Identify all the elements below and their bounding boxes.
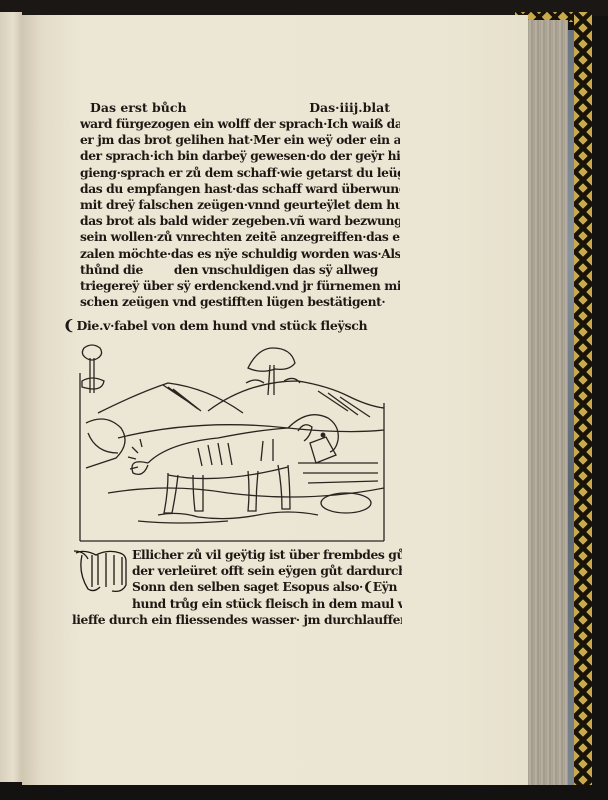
text-line: mit dreÿ falschen zeügen·vnnd geurteÿlet… — [80, 197, 400, 213]
text-line: triegereÿ über sÿ erdenckend.vnd jr fürn… — [80, 278, 400, 294]
text-line: gieng·sprach er zů dem schaff·wie getars… — [80, 165, 400, 181]
fable-body: Ellicher zů vil geÿtig ist über frembdes… — [132, 547, 402, 628]
text-line: hund trůg ein stück fleisch in dem maul … — [132, 596, 402, 612]
pilcrow-icon: ❨ — [63, 318, 74, 334]
text-line: das brot als bald wider zegeben.vñ ward … — [80, 213, 400, 229]
text-line: zalen möchte·das es nÿe schuldig worden … — [80, 246, 400, 262]
previous-page-edge — [0, 12, 22, 782]
text-line: der verleüret offt sein eÿgen gůt dardur… — [132, 563, 402, 579]
text-line: Ellicher zů vil geÿtig ist über frembdes… — [132, 547, 402, 563]
upper-text-block: ward fürgezogen ein wolff der sprach·Ich… — [80, 116, 400, 310]
text-line: Sonn den selben saget Esopus also·❨Eÿn — [132, 579, 402, 595]
fable-title: Die.v·fabel von dem hund vnd stück fleÿs… — [76, 318, 367, 333]
woodcut-illustration-icon — [78, 343, 388, 543]
text-line: lieffe durch ein fliessendes wasser· jm … — [72, 612, 402, 628]
page-fore-edge — [528, 20, 568, 785]
text-line: er jm das brot gelihen hat·Mer ein weÿ o… — [80, 132, 400, 148]
fable-heading: ❨Die.v·fabel von dem hund vnd stück fleÿ… — [63, 318, 367, 334]
text-line: thůnd die den vnschuldigen das sÿ allweg — [80, 262, 400, 278]
running-head-right: Das·iiij.blat — [309, 100, 390, 115]
text-line: der sprach·ich bin darbeÿ gewesen·do der… — [80, 148, 400, 164]
running-head-left: Das erst bůch — [90, 100, 187, 115]
marbled-endpaper — [568, 30, 574, 785]
text-line: sein wollen·zů vnrechten zeitē anzegreif… — [80, 229, 400, 245]
background-bottom — [0, 785, 608, 800]
text-line: schen zeügen vnd gestifften lügen bestät… — [80, 294, 400, 310]
running-head: Das erst bůch Das·iiij.blat — [90, 100, 390, 115]
book-binding-pattern — [574, 12, 592, 792]
text-line: das du empfangen hast·das schaff ward üb… — [80, 181, 400, 197]
decorated-initial-icon — [72, 547, 130, 593]
text-line: ward fürgezogen ein wolff der sprach·Ich… — [80, 116, 400, 132]
